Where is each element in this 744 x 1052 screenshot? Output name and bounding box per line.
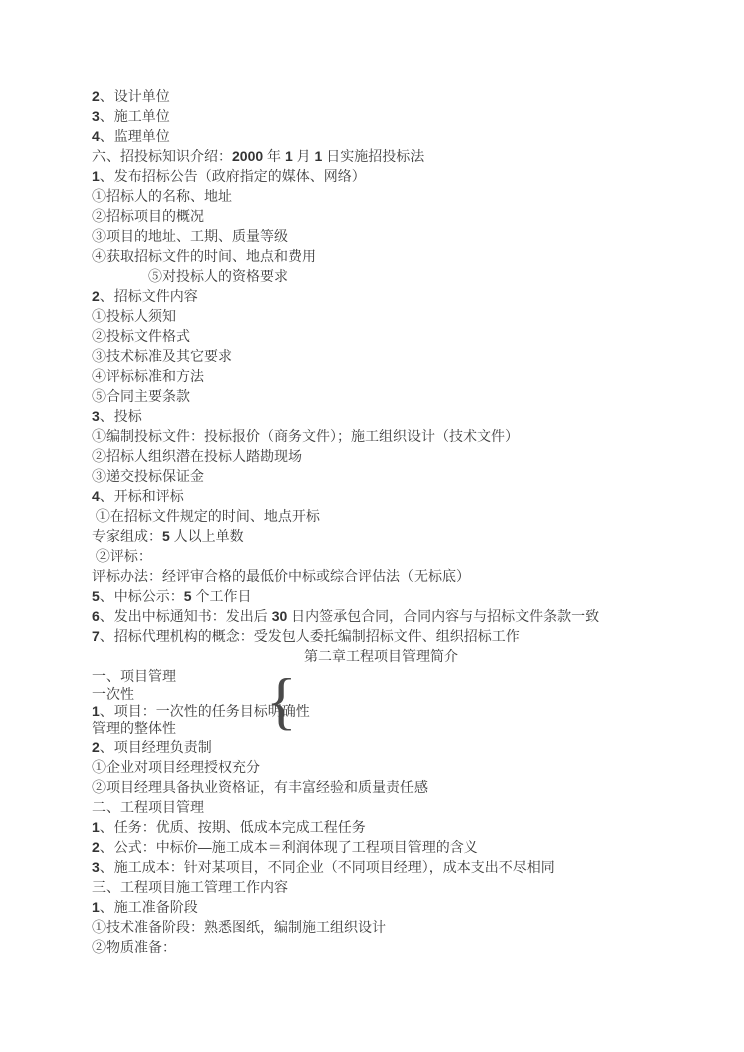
text-line: 4、开标和评标 xyxy=(92,486,670,506)
text-line: ②评标： xyxy=(92,546,670,566)
text-line: ①投标人须知 xyxy=(92,306,670,326)
chapter-title: 第二章工程项目管理简介 xyxy=(92,646,670,666)
text-line: 专家组成：5 人以上单数 xyxy=(92,526,670,546)
text-line: ②招标项目的概况 xyxy=(92,206,670,226)
text-line: ①招标人的名称、地址 xyxy=(92,186,670,206)
text-line: 三、工程项目施工管理工作内容 xyxy=(92,877,670,897)
text-line: ⑤合同主要条款 xyxy=(92,386,670,406)
text-line: 6、发出中标通知书：发出后 30 日内签承包合同，合同内容与与招标文件条款一致 xyxy=(92,606,670,626)
text-line: 1、任务：优质、按期、低成本完成工程任务 xyxy=(92,817,670,837)
text-line: ②投标文件格式 xyxy=(92,326,670,346)
text-line: 5、中标公示：5 个工作日 xyxy=(92,586,670,606)
document-page: 2、设计单位3、施工单位4、监理单位六、招投标知识介绍：2000 年 1 月 1… xyxy=(0,0,744,1052)
text-line: 2、设计单位 xyxy=(92,86,670,106)
text-line: ①编制投标文件：投标报价（商务文件）；施工组织设计（技术文件） xyxy=(92,426,670,446)
text-line: 3、施工成本：针对某项目，不同企业（不同项目经理），成本支出不尽相同 xyxy=(92,857,670,877)
text-line: ③递交投标保证金 xyxy=(92,466,670,486)
text-line: 3、投标 xyxy=(92,406,670,426)
text-line: ②招标人组织潜在投标人踏勘现场 xyxy=(92,446,670,466)
text-line: 一、项目管理 xyxy=(92,666,670,686)
text-line: 一次性 xyxy=(92,686,670,703)
text-line: 六、招投标知识介绍：2000 年 1 月 1 日实施招投标法 xyxy=(92,146,670,166)
text-line: ④获取招标文件的时间、地点和费用 xyxy=(92,246,670,266)
text-line: 4、监理单位 xyxy=(92,126,670,146)
text-line: ④评标标准和方法 xyxy=(92,366,670,386)
text-line: 1、施工准备阶段 xyxy=(92,897,670,917)
text-line: 1、项目：一次性的任务目标明确性 xyxy=(92,703,670,720)
text-line: 7、招标代理机构的概念：受发包人委托编制招标文件、组织招标工作 xyxy=(92,626,670,646)
text-line: ③技术标准及其它要求 xyxy=(92,346,670,366)
text-line: ①技术准备阶段：熟悉图纸，编制施工组织设计 xyxy=(92,917,670,937)
text-line: ①在招标文件规定的时间、地点开标 xyxy=(92,506,670,526)
text-line: 2、公式：中标价—施工成本＝利润体现了工程项目管理的含义 xyxy=(92,837,670,857)
text-line: 评标办法：经评审合格的最低价中标或综合评估法（无标底） xyxy=(92,566,670,586)
text-line: ⑤对投标人的资格要求 xyxy=(92,266,670,286)
text-line: ③项目的地址、工期、质量等级 xyxy=(92,226,670,246)
text-line: ①企业对项目经理授权充分 xyxy=(92,757,670,777)
document-body: 2、设计单位3、施工单位4、监理单位六、招投标知识介绍：2000 年 1 月 1… xyxy=(92,86,670,957)
text-line: 二、工程项目管理 xyxy=(92,797,670,817)
text-line: 1、发布招标公告（政府指定的媒体、网络） xyxy=(92,166,670,186)
text-line: ②项目经理具备执业资格证，有丰富经验和质量责任感 xyxy=(92,777,670,797)
text-line: 2、招标文件内容 xyxy=(92,286,670,306)
text-line: 3、施工单位 xyxy=(92,106,670,126)
text-line: ②物质准备： xyxy=(92,937,670,957)
text-line: 2、项目经理负责制 xyxy=(92,737,670,757)
text-line: 管理的整体性 xyxy=(92,720,670,737)
